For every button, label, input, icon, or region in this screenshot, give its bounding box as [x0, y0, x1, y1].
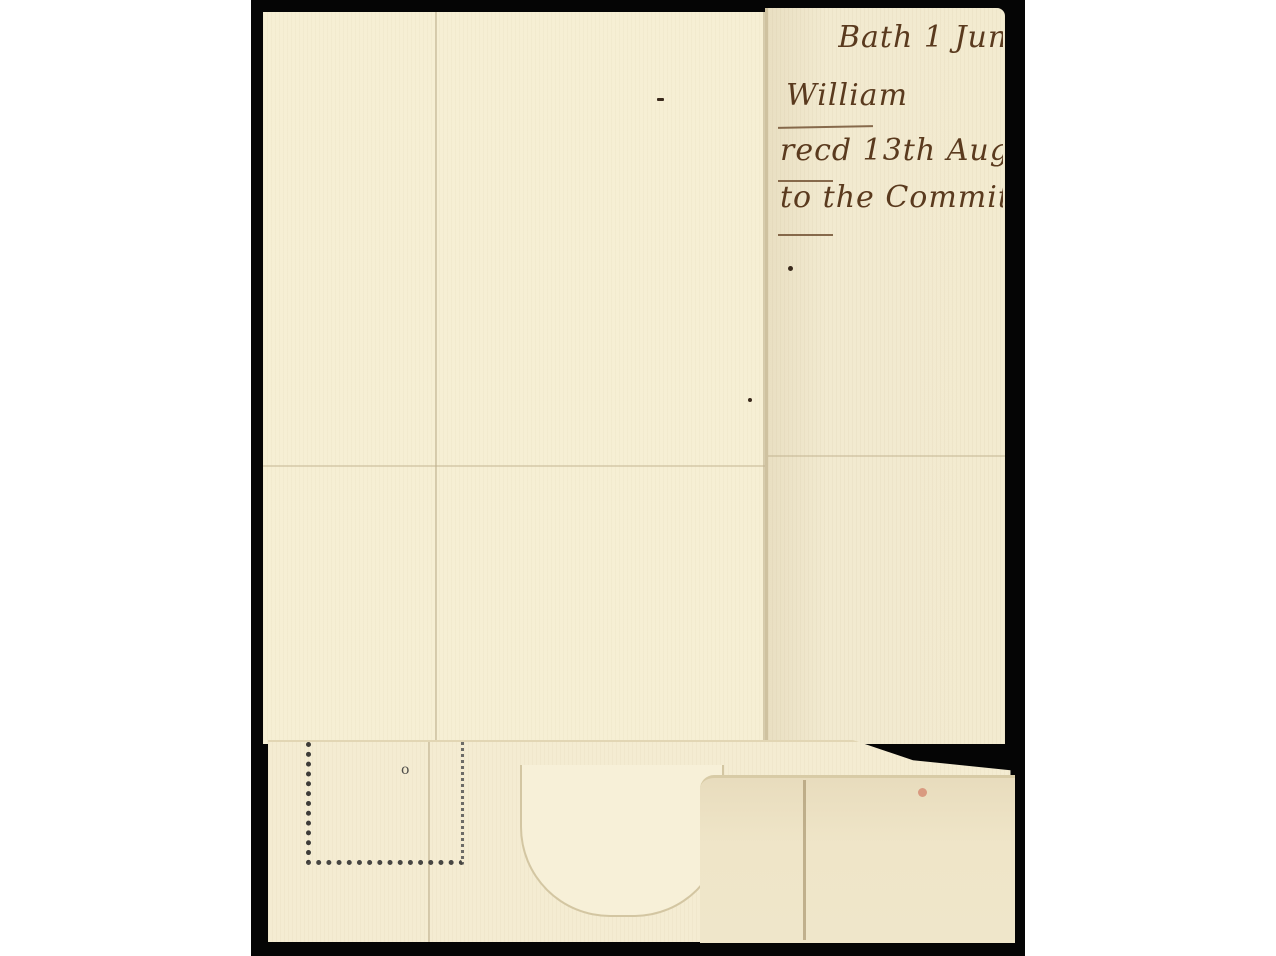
docket-rule: [778, 125, 873, 129]
docket-panel: Bath 1 Jun William recd 13th Augt to the…: [765, 8, 1005, 744]
docket-line-4: to the Committ: [780, 180, 1003, 215]
docket-line-2: William: [786, 78, 1003, 113]
ink-speck: [748, 398, 752, 402]
docket-rule: [778, 234, 833, 236]
framed-handstamp: o: [306, 742, 464, 865]
docket-line-1: Bath 1 Jun: [838, 20, 1003, 55]
fold-line-vertical: [435, 12, 437, 744]
ink-speck: [657, 98, 664, 101]
bottom-flap-right: [700, 775, 1015, 943]
seal-tear: [520, 765, 724, 917]
ink-speck: [788, 266, 793, 271]
handstamp-mark: o: [401, 762, 409, 778]
docket-line-3: recd 13th Augt: [780, 133, 1003, 168]
flap-crease: [803, 780, 806, 940]
fold-line-horizontal: [768, 455, 1005, 457]
red-wax-trace: [918, 788, 927, 797]
